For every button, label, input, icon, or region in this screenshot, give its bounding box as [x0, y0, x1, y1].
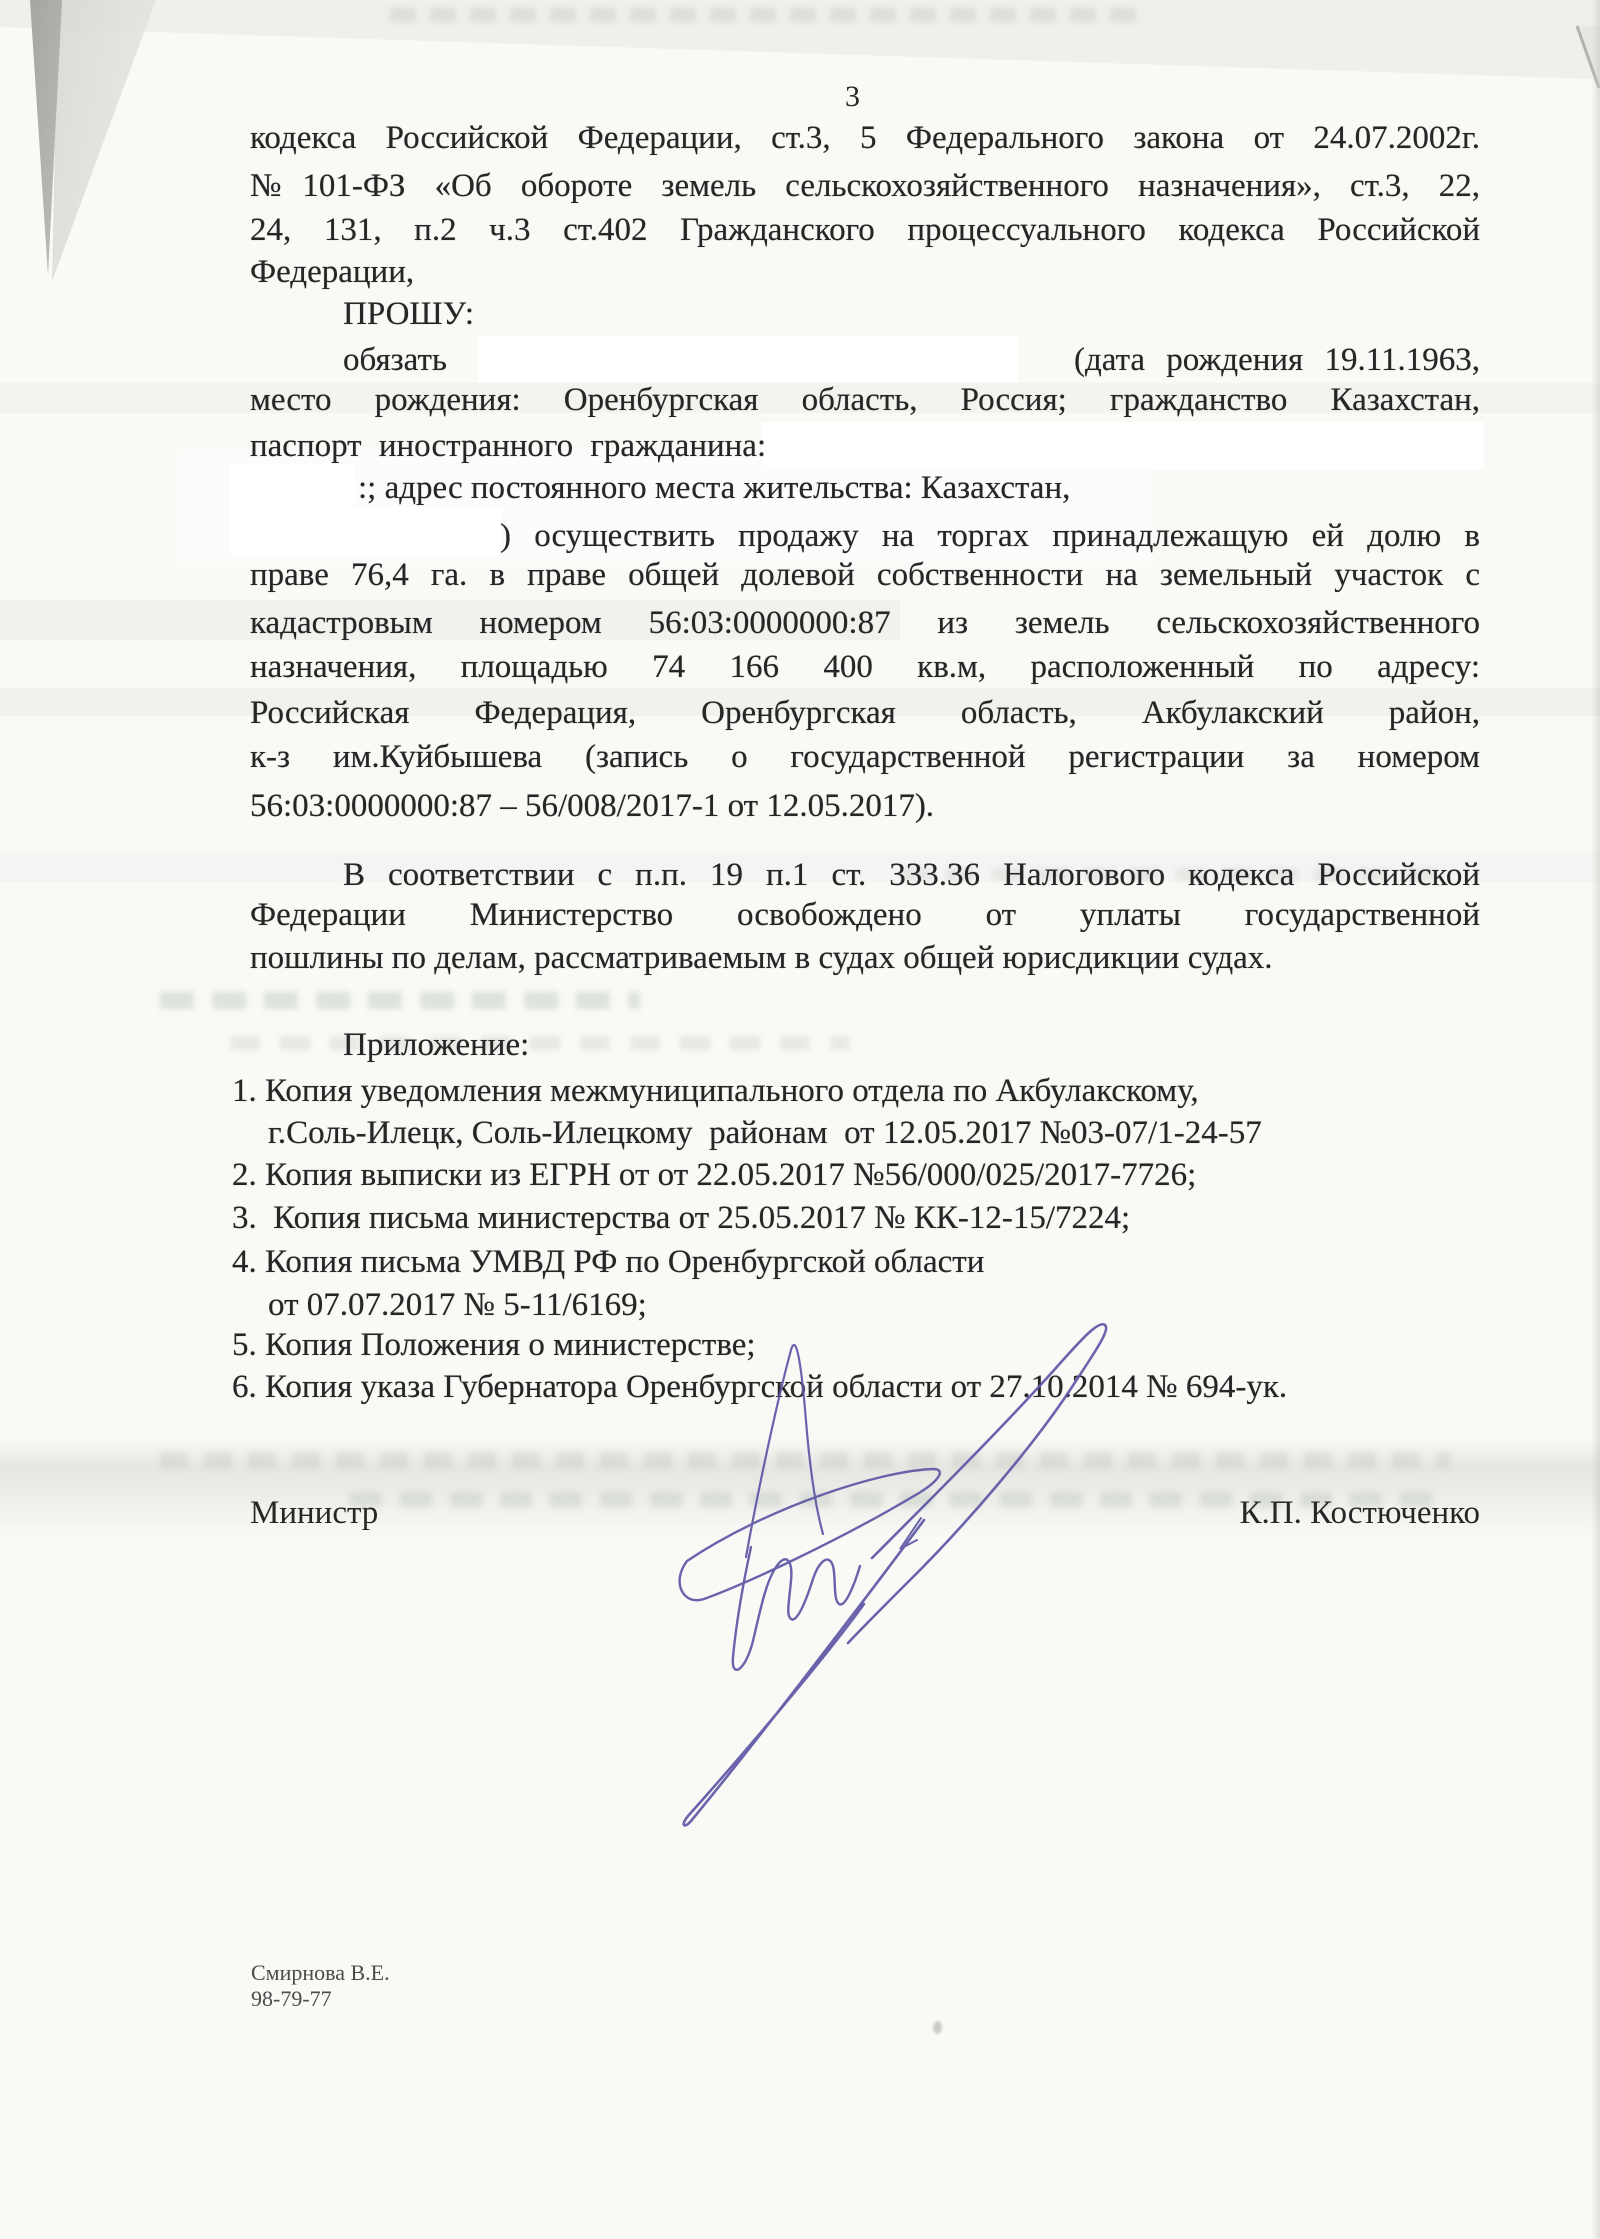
executor-phone: 98-79-77	[251, 1986, 332, 2011]
body-line: 56:03:0000000:87 – 56/008/2017-1 от 12.0…	[250, 786, 1480, 826]
body-line: паспорт иностранного гражданина:	[250, 426, 1480, 466]
bleed-through-smudge	[160, 1452, 1450, 1468]
body-line: :; адрес постоянного места жительства: К…	[358, 468, 1480, 508]
attachment-item: 5. Копия Положения о министерстве;	[232, 1325, 1492, 1365]
body-line: 24, 131, п.2 ч.3 ст.402 Гражданского про…	[250, 210, 1480, 250]
body-line: ) осуществить продажу на торгах принадле…	[500, 516, 1480, 556]
executor-name: Смирнова В.Е.	[251, 1960, 390, 1985]
signatory-name: К.П. Костюченко	[1239, 1493, 1480, 1533]
body-line: Российская Федерация, Оренбургская облас…	[250, 693, 1480, 733]
bleed-through-smudge	[160, 992, 640, 1009]
attachment-item: 4. Копия письма УМВД РФ по Оренбургской …	[232, 1242, 1492, 1282]
scan-top-shading	[0, 0, 1600, 90]
body-line: кадастровым номером 56:03:0000000:87 из …	[250, 603, 1480, 643]
request-label: ПРОШУ:	[343, 294, 1480, 334]
attachment-item: 3. Копия письма министерства от 25.05.20…	[232, 1198, 1492, 1238]
attachment-item: 6. Копия указа Губернатора Оренбургской …	[232, 1367, 1492, 1407]
body-line: Федерации,	[250, 252, 1480, 292]
body-line: праве 76,4 га. в праве общей долевой соб…	[250, 555, 1480, 595]
attachment-item-continuation: от 07.07.2017 № 5-11/6169;	[268, 1285, 1492, 1325]
redaction-box	[230, 507, 502, 555]
body-line: Федерации Министерство освобождено от уп…	[250, 895, 1480, 935]
scanned-document-page: 3 кодекса Российской Федерации, ст.3, 5 …	[0, 0, 1600, 2239]
body-line: к-з им.Куйбышева (запись о государственн…	[250, 737, 1480, 777]
attachments-title: Приложение:	[343, 1025, 1480, 1065]
body-line: кодекса Российской Федерации, ст.3, 5 Фе…	[250, 118, 1480, 158]
body-line-right-segment: (дата рождения 19.11.1963,	[1074, 340, 1480, 380]
page-corner-shadow	[0, 0, 200, 290]
body-line: В соответствии с п.п. 19 п.1 ст. 333.36 …	[343, 855, 1480, 895]
scan-speck	[933, 2021, 942, 2034]
body-line: место рождения: Оренбургская область, Ро…	[250, 380, 1480, 420]
body-line: назначения, площадью 74 166 400 кв.м, ра…	[250, 647, 1480, 687]
attachment-item-continuation: г.Соль-Илецк, Соль-Илецкому районам от 1…	[268, 1113, 1492, 1153]
redaction-box	[230, 464, 354, 510]
attachment-item: 1. Копия уведомления межмуниципального о…	[232, 1071, 1492, 1111]
attachment-item: 2. Копия выписки из ЕГРН от от 22.05.201…	[232, 1155, 1492, 1195]
body-line: пошлины по делам, рассматриваемым в суда…	[250, 938, 1480, 978]
body-line: №101-ФЗ «Об обороте земель сельскохозяйс…	[250, 166, 1480, 206]
page-right-edge-shadow	[1591, 0, 1600, 2239]
minister-label: Министр	[250, 1493, 378, 1533]
page-number: 3	[845, 80, 860, 114]
